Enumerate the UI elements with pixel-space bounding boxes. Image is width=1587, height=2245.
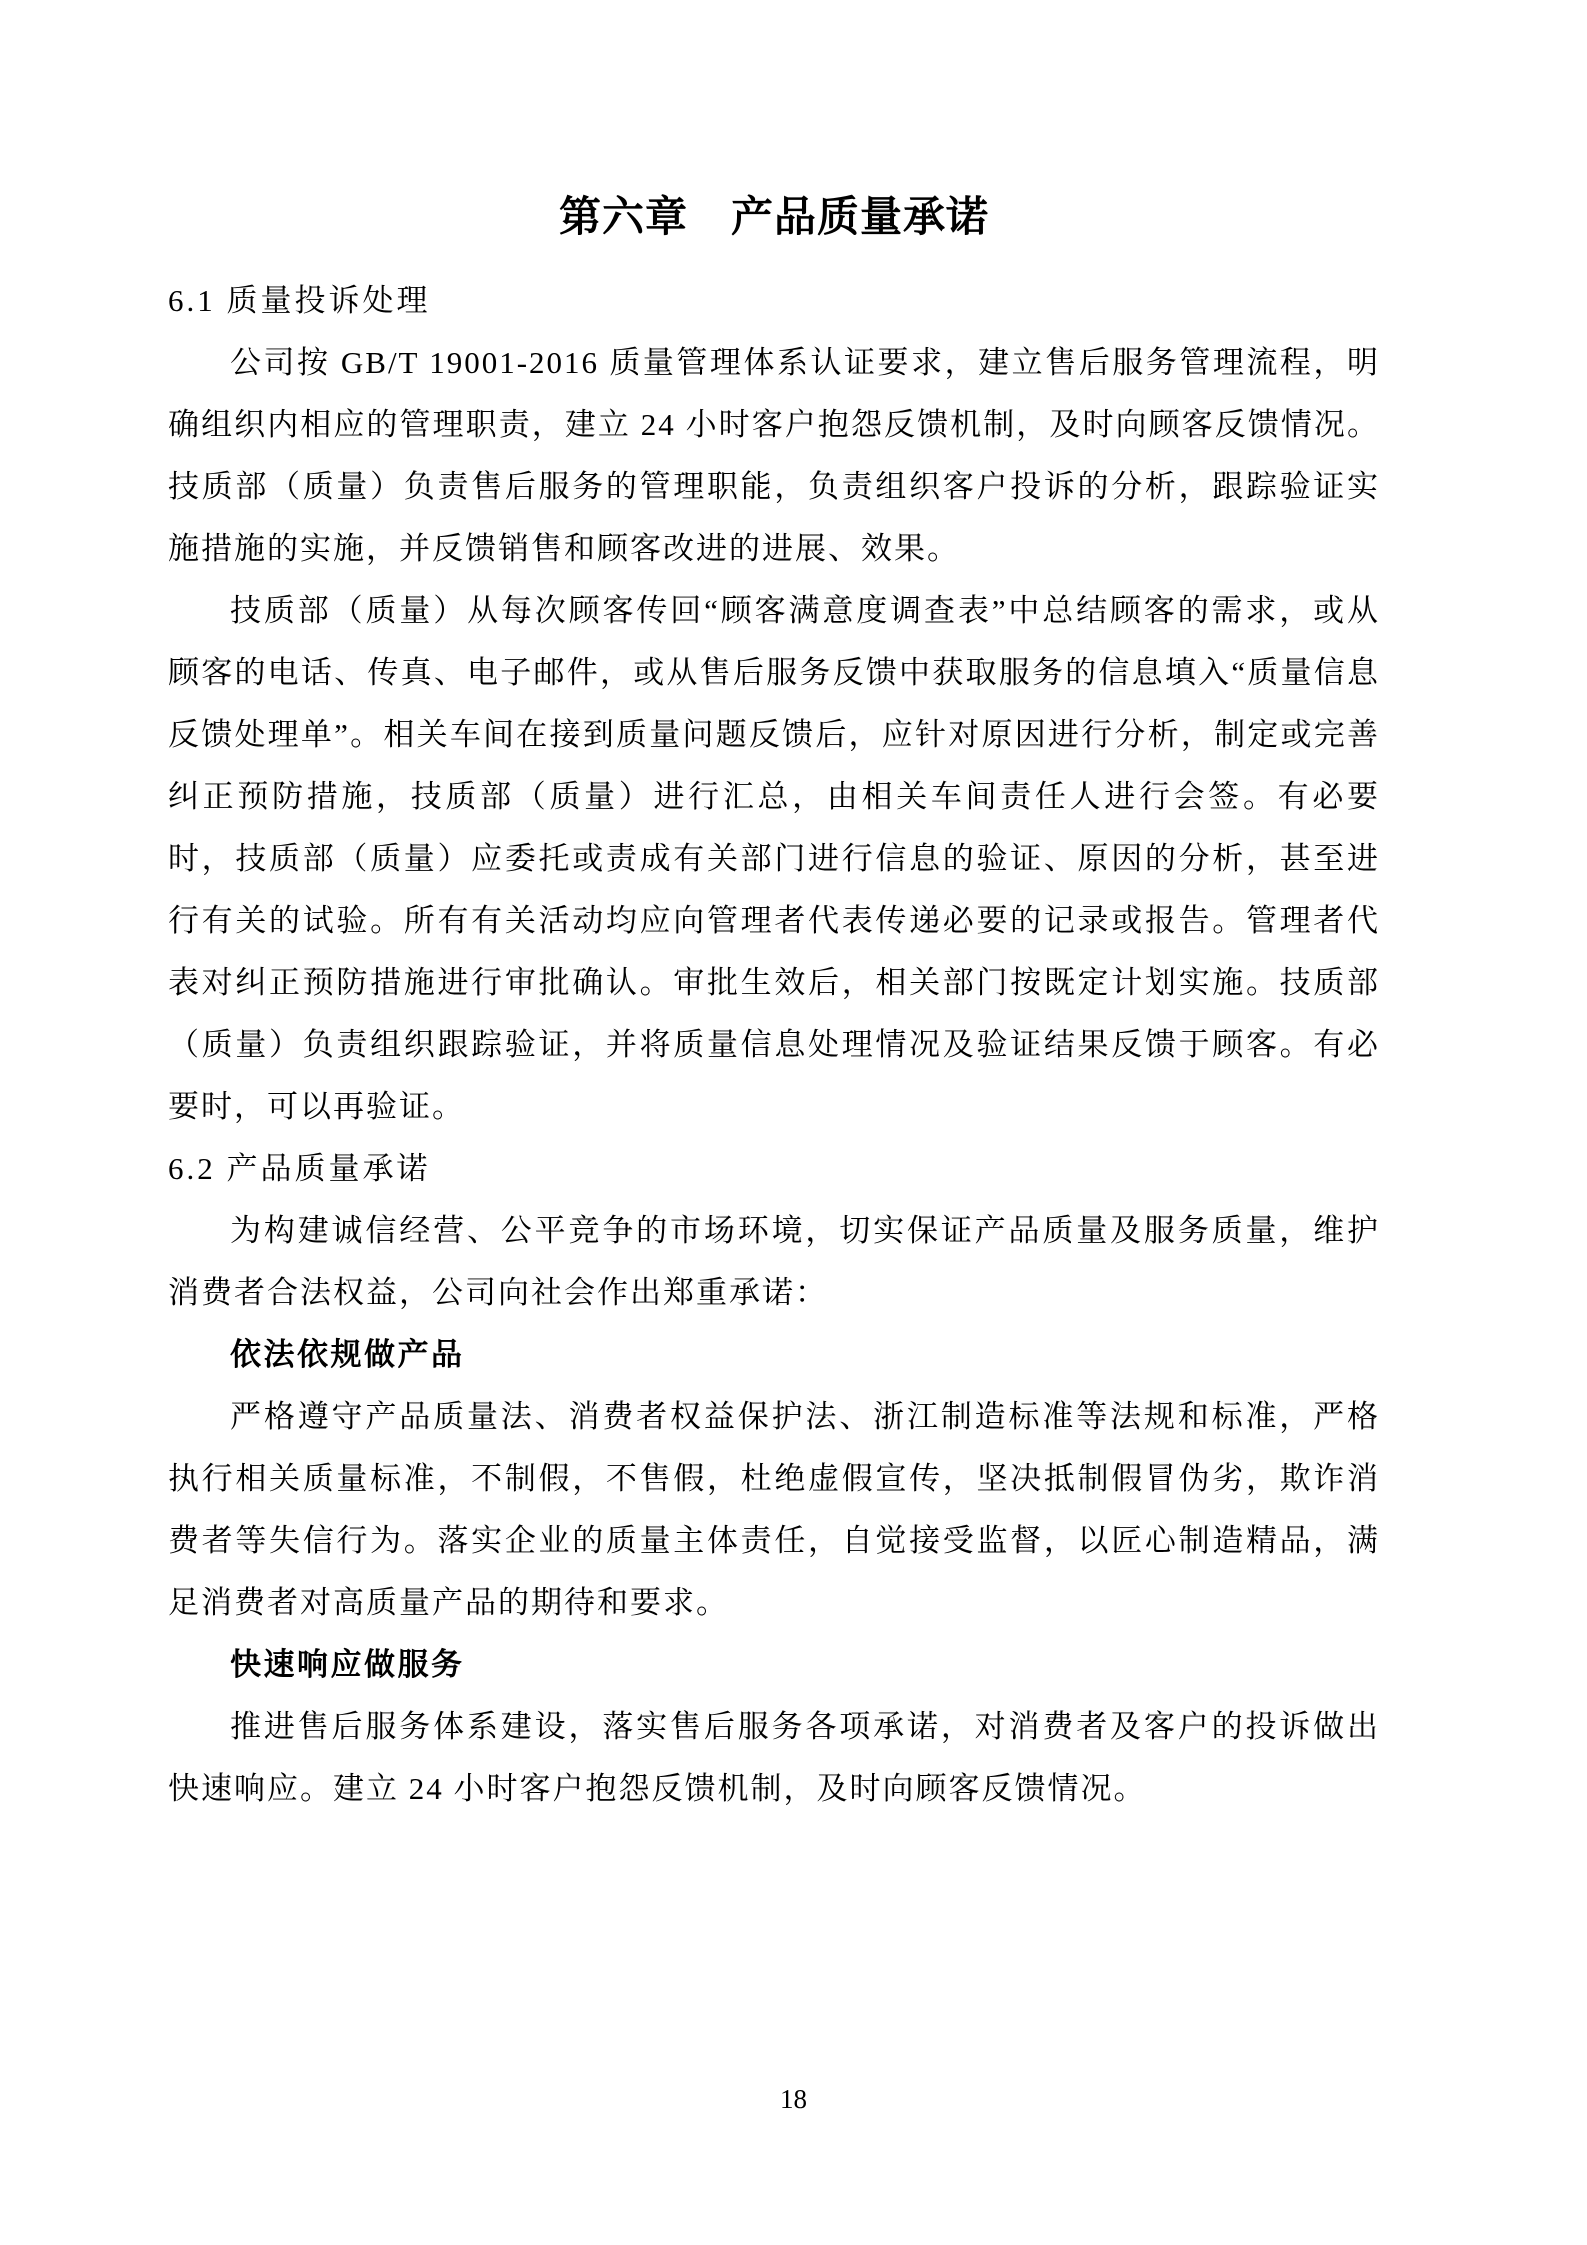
- paragraph-lawful-products: 严格遵守产品质量法、消费者权益保护法、浙江制造标准等法规和标准，严格执行相关质量…: [168, 1386, 1380, 1634]
- section-heading-6-2: 6.2 产品质量承诺: [168, 1138, 1380, 1200]
- paragraph-rapid-service: 推进售后服务体系建设，落实售后服务各项承诺，对消费者及客户的投诉做出快速响应。建…: [168, 1696, 1380, 1820]
- chapter-title: 第六章 产品质量承诺: [168, 190, 1380, 244]
- section-heading-6-1: 6.1 质量投诉处理: [168, 270, 1380, 332]
- document-page: 第六章 产品质量承诺 6.1 质量投诉处理 公司按 GB/T 19001-201…: [0, 0, 1587, 2245]
- document-body: 6.1 质量投诉处理 公司按 GB/T 19001-2016 质量管理体系认证要…: [168, 270, 1380, 1820]
- page-number: 18: [0, 2082, 1587, 2116]
- paragraph-6-1-complaint-process: 公司按 GB/T 19001-2016 质量管理体系认证要求，建立售后服务管理流…: [168, 332, 1380, 580]
- paragraph-6-2-intro: 为构建诚信经营、公平竞争的市场环境，切实保证产品质量及服务质量，维护消费者合法权…: [168, 1200, 1380, 1324]
- paragraph-6-1-feedback-handling: 技质部（质量）从每次顾客传回“顾客满意度调查表”中总结顾客的需求，或从顾客的电话…: [168, 580, 1380, 1138]
- subsection-heading-lawful-products: 依法依规做产品: [168, 1324, 1380, 1386]
- subsection-heading-rapid-service: 快速响应做服务: [168, 1634, 1380, 1696]
